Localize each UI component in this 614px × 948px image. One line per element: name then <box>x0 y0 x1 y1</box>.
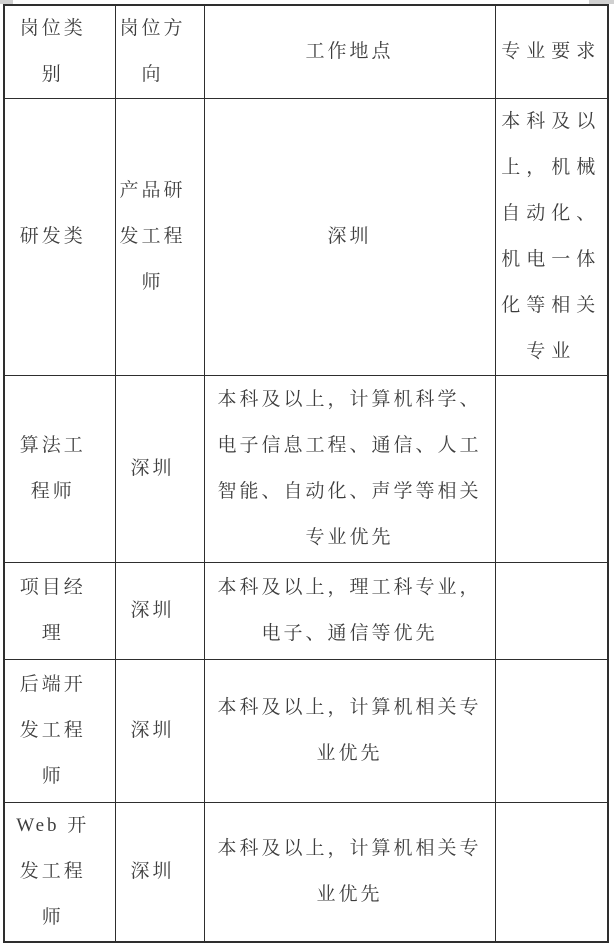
cell-web-requirement: 本科及以上，计算机相关专 业优先 <box>204 803 495 943</box>
cell-pm-requirement: 本科及以上，理工科专业， 电子、通信等优先 <box>204 563 495 660</box>
cell-algo-empty <box>495 376 608 563</box>
cell-algo-location: 深圳 <box>115 376 204 563</box>
table-row-web-engineer: Web 开 发工程 师 深圳 本科及以上，计算机相关专 业优先 <box>4 803 608 943</box>
table-row-backend-engineer: 后端开 发工程 师 深圳 本科及以上，计算机相关专 业优先 <box>4 660 608 803</box>
cell-web-empty <box>495 803 608 943</box>
table-row-project-manager: 项目经 理 深圳 本科及以上，理工科专业， 电子、通信等优先 <box>4 563 608 660</box>
cell-rnd-major: 本科及以 上，机械 自动化、 机电一体 化等相关 专业 <box>495 99 608 376</box>
cell-pm-empty <box>495 563 608 660</box>
table-header-row: 岗位类 别 岗位方 向 工作地点 专业要求 <box>4 5 608 99</box>
cell-web-title: Web 开 发工程 师 <box>4 803 115 943</box>
cell-rnd-location: 深圳 <box>204 99 495 376</box>
cell-pm-title: 项目经 理 <box>4 563 115 660</box>
cell-backend-title: 后端开 发工程 师 <box>4 660 115 803</box>
header-cell-major-requirement: 专业要求 <box>495 5 608 99</box>
cell-backend-location: 深圳 <box>115 660 204 803</box>
header-cell-position-direction: 岗位方 向 <box>115 5 204 99</box>
cell-backend-empty <box>495 660 608 803</box>
cell-algo-title: 算法工 程师 <box>4 376 115 563</box>
header-cell-work-location: 工作地点 <box>204 5 495 99</box>
cell-web-location: 深圳 <box>115 803 204 943</box>
cell-backend-requirement: 本科及以上，计算机相关专 业优先 <box>204 660 495 803</box>
header-cell-position-category: 岗位类 别 <box>4 5 115 99</box>
table-row-rnd: 研发类 产品研 发工程 师 深圳 本科及以 上，机械 自动化、 机电一体 化等相… <box>4 99 608 376</box>
cell-pm-location: 深圳 <box>115 563 204 660</box>
cell-rnd-category: 研发类 <box>4 99 115 376</box>
cell-algo-requirement: 本科及以上，计算机科学、 电子信息工程、通信、人工 智能、自动化、声学等相关 专… <box>204 376 495 563</box>
recruitment-table: 岗位类 别 岗位方 向 工作地点 专业要求 研发类 产品研 发工程 师 深圳 本… <box>3 4 609 943</box>
table-row-algorithm-engineer: 算法工 程师 深圳 本科及以上，计算机科学、 电子信息工程、通信、人工 智能、自… <box>4 376 608 563</box>
cell-rnd-direction: 产品研 发工程 师 <box>115 99 204 376</box>
